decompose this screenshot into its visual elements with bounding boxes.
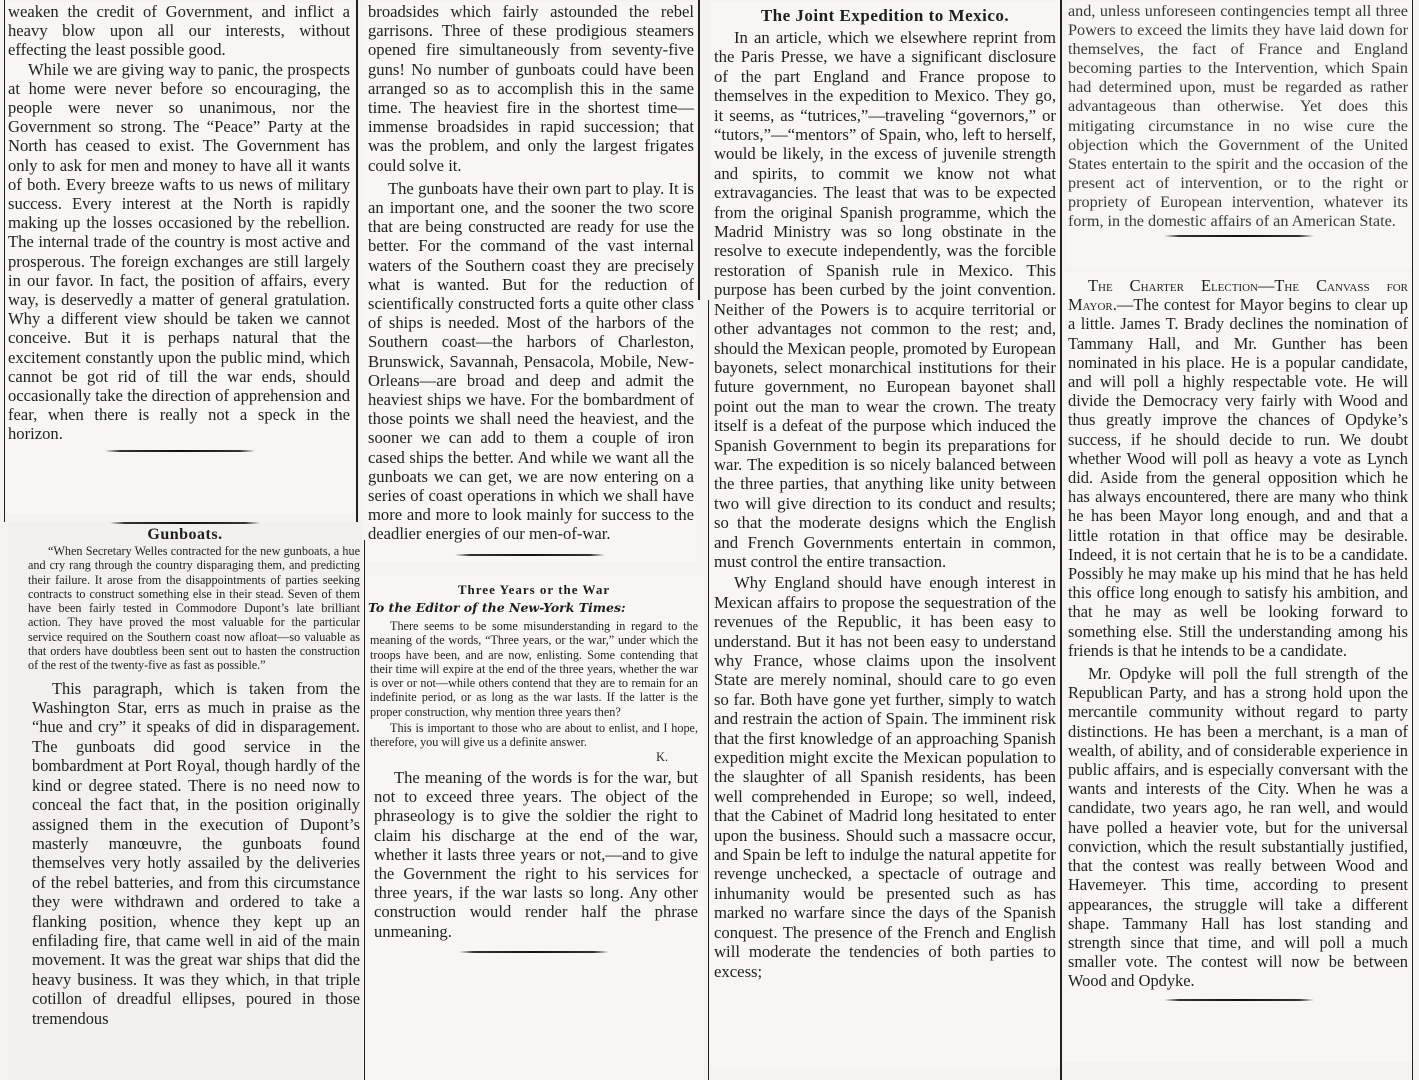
clipping-charter-election: The Charter Election—The Canvass for May… <box>1064 272 1414 1062</box>
divider-rule <box>105 450 255 452</box>
headline-mexico: The Joint Expedition to Mexico. <box>710 6 1060 26</box>
clipping-gunboats: Gunboats. “When Secretary Welles contrac… <box>8 522 362 1080</box>
letter-signature: K. <box>370 750 698 764</box>
paragraph: Why England should have enough interest … <box>714 573 1056 981</box>
letter-paragraph: This is important to those who are about… <box>370 721 698 750</box>
paragraph: Mr. Opdyke will poll the full strength o… <box>1068 664 1408 990</box>
paragraph: In an article, which we elsewhere reprin… <box>714 28 1056 571</box>
editor-reply: The meaning of the words is for the war,… <box>374 768 698 941</box>
paragraph: While we are giving way to panic, the pr… <box>8 60 350 444</box>
divider-rule <box>1164 999 1314 1001</box>
column-rule <box>1412 0 1413 1080</box>
letter-salutation: To the Editor of the New-York Times: <box>368 600 704 615</box>
column-rule <box>356 0 358 540</box>
divider-rule <box>455 554 605 556</box>
column-rule <box>698 0 700 300</box>
paragraph: This paragraph, which is taken from the … <box>32 679 360 1028</box>
clipping-gunboats-continued: broadsides which fairly astounded the re… <box>364 2 696 562</box>
column-rule <box>1060 0 1062 1080</box>
headline-gunboats: Gunboats. <box>8 526 362 544</box>
column-rule <box>708 300 709 1080</box>
paragraph: and, unless unforeseen contingencies tem… <box>1068 2 1408 231</box>
quoted-paragraph: “When Secretary Welles contracted for th… <box>28 544 360 673</box>
divider-rule <box>110 522 260 524</box>
paragraph: broadsides which fairly astounded the re… <box>368 2 694 175</box>
divider-rule <box>459 951 609 953</box>
clipping-joint-expedition-mexico: The Joint Expedition to Mexico. In an ar… <box>710 2 1060 1068</box>
clipping-mexico-continued: and, unless unforeseen contingencies tem… <box>1066 2 1412 268</box>
column-rule <box>364 540 365 1080</box>
clipping-three-years-or-the-war: Three Years or the War To the Editor of … <box>364 576 704 1080</box>
letter-paragraph: There seems to be some misunderstanding … <box>370 619 698 719</box>
clipping-government-panic: weaken the credit of Government, and inf… <box>6 2 354 514</box>
paragraph: The Charter Election—The Canvass for May… <box>1068 276 1408 660</box>
paragraph: weaken the credit of Government, and inf… <box>8 2 350 60</box>
headline-three-years: Three Years or the War <box>364 582 704 598</box>
column-rule <box>4 0 5 522</box>
divider-rule <box>1164 235 1314 237</box>
paragraph: The gunboats have their own part to play… <box>368 179 694 544</box>
